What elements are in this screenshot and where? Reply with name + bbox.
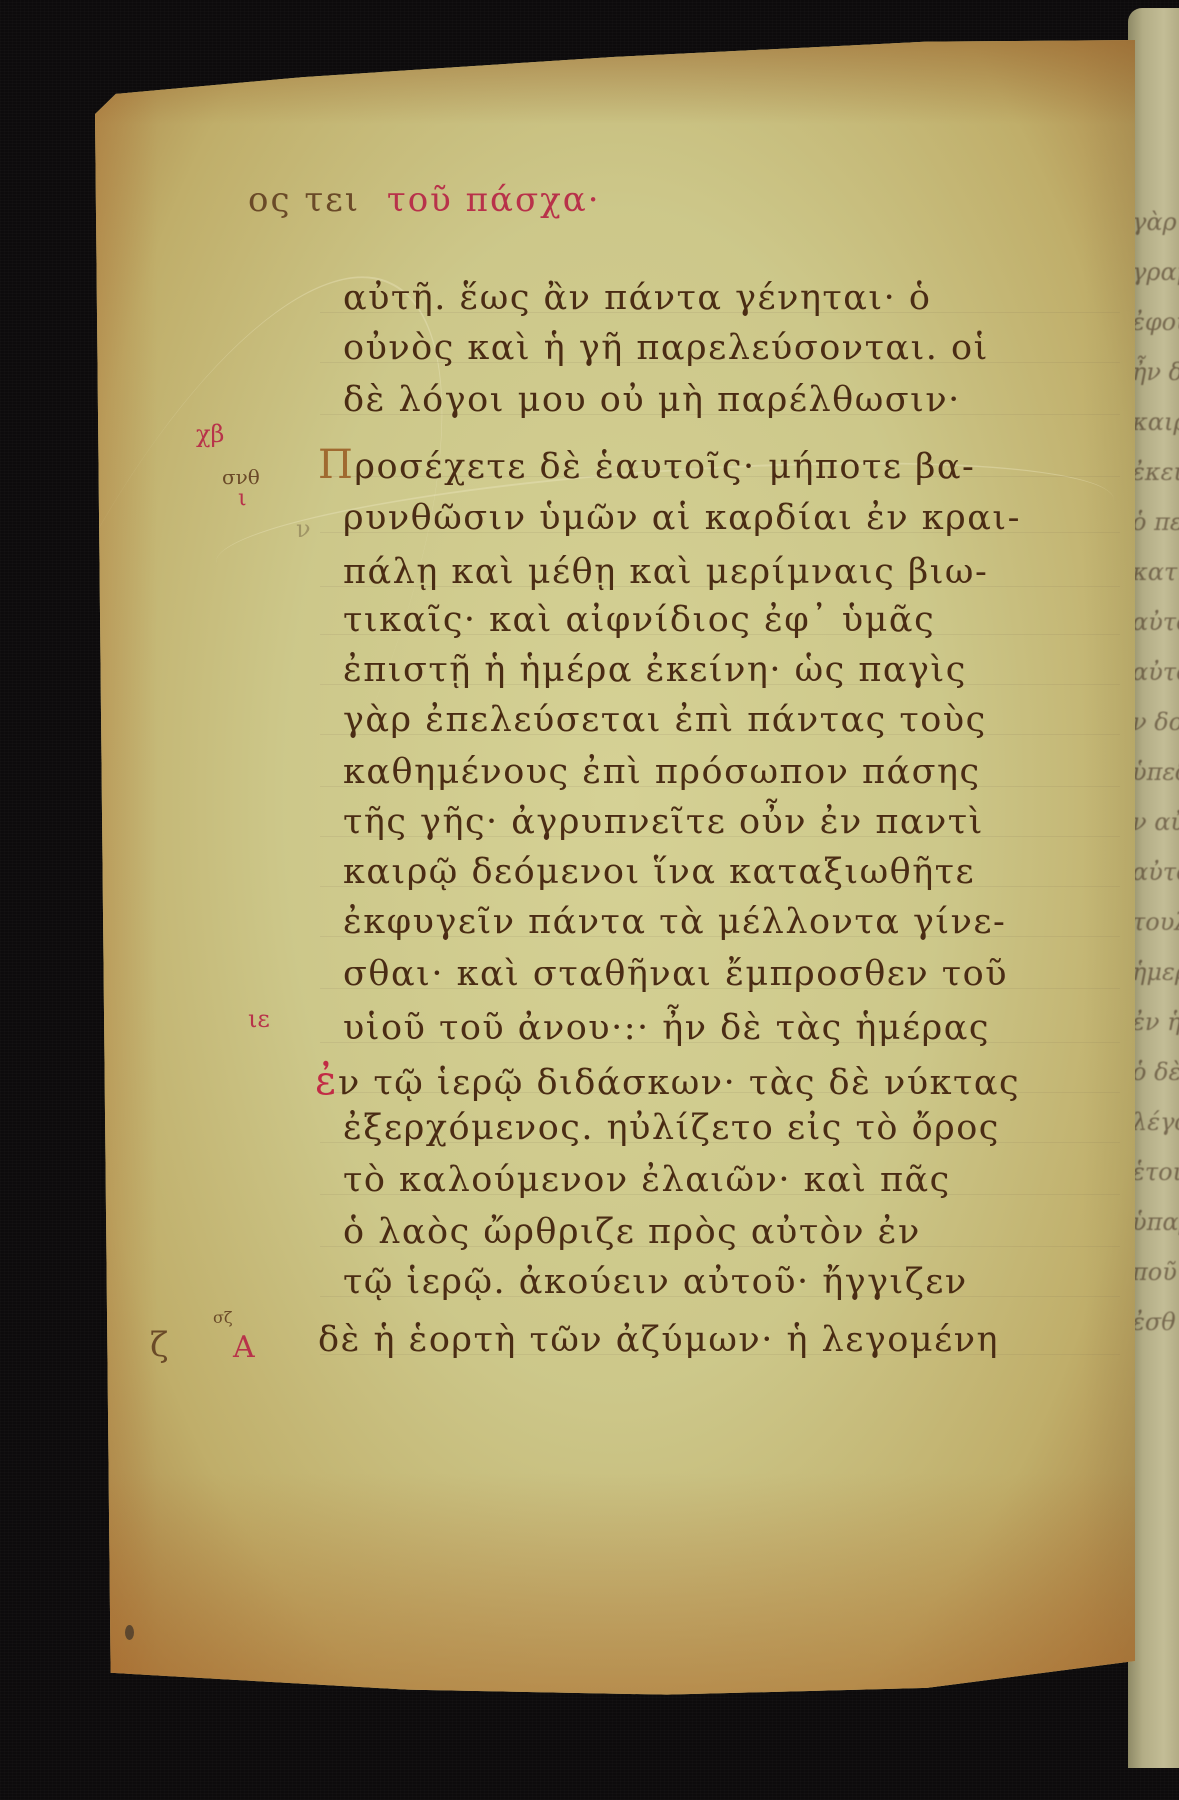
- initial-letter: Π: [318, 442, 354, 488]
- facing-page-edge: γὰρ καὶγραμμαἐφουἦν δὲκαιρουἐκεινουὁ πελ…: [1128, 8, 1179, 1768]
- manuscript-line: υἱοῦ τοῦ ἀνου·:· ἦν δὲ τὰς ἡμέρας: [343, 1008, 990, 1048]
- facing-page-text-fragment: τουλαχ: [1132, 908, 1179, 936]
- facing-page-text-fragment: ὁ πελθ: [1132, 508, 1179, 536]
- facing-page-text-fragment: ν δουν: [1132, 708, 1179, 736]
- manuscript-line: καθημένους ἐπὶ πρόσωπον πάσης: [343, 752, 981, 792]
- margin-note-chapter: χβ: [196, 422, 216, 446]
- facing-page-text-fragment: ὑπεδεχ: [1132, 758, 1179, 786]
- facing-page-text-fragment: γὰρ καὶ: [1132, 208, 1179, 236]
- facing-page-text-fragment: ἐν ἡ: [1132, 1008, 1179, 1036]
- ink-spot: [125, 1625, 134, 1640]
- manuscript-line: καιρῷ δεόμενοι ἵνα καταξιωθῆτε: [343, 852, 975, 892]
- margin-note-canon: ι: [238, 486, 247, 511]
- margin-note-section-small: σζ: [213, 1308, 233, 1327]
- facing-page-text-fragment: καιρου: [1132, 408, 1179, 436]
- manuscript-line: ἐξερχόμενος. ηὐλίζετο εἰς τὸ ὄρος: [343, 1108, 1000, 1148]
- manuscript-line: τῷ ἱερῷ. ἀκούειν αὐτοῦ· ἤγγιζεν: [343, 1262, 968, 1302]
- facing-page-text-fragment: ὁ δὲ: [1132, 1058, 1179, 1086]
- margin-note-faint: ν: [296, 515, 311, 543]
- facing-page-text-fragment: αὐτον κ: [1132, 658, 1179, 686]
- manuscript-line: Προσέχετε δὲ ἑαυτοῖς· μήποτε βα-: [318, 442, 975, 488]
- initial-letter: ἐ: [315, 1058, 338, 1104]
- manuscript-line: τικαῖς· καὶ αἰφνίδιος ἐφ᾽ ὑμᾶς: [343, 600, 935, 640]
- facing-page-text-fragment: ἐκεινου: [1132, 458, 1179, 486]
- facing-page-text-fragment: ἡμερα: [1132, 958, 1179, 986]
- manuscript-line: πάλῃ καὶ μέθῃ καὶ μερίμναις βιω-: [343, 552, 988, 592]
- manuscript-line: ὁ λαὸς ὤρθριζε πρὸς αὐτὸν ἐν: [343, 1212, 921, 1252]
- facing-page-text-fragment: κατηγορ: [1132, 558, 1179, 586]
- manuscript-line: γὰρ ἐπελεύσεται ἐπὶ πάντας τοὺς: [343, 700, 987, 740]
- facing-page-text-fragment: ν αὐτον: [1132, 808, 1179, 836]
- margin-note-zeta: ζ: [150, 1325, 168, 1365]
- manuscript-line: τῆς γῆς· ἀγρυπνεῖτε οὖν ἐν παντὶ: [343, 802, 984, 842]
- manuscript-line: σθαι· καὶ σταθῆναι ἔμπροσθεν τοῦ: [343, 954, 1008, 994]
- facing-page-text-fragment: ποῦ: [1132, 1258, 1177, 1286]
- facing-page-text-fragment: ἐσθ: [1132, 1308, 1176, 1336]
- manuscript-line: ρυνθῶσιν ὑμῶν αἱ καρδίαι ἐν κραι-: [343, 498, 1021, 538]
- manuscript-line: δὲ λόγοι μου οὐ μὴ παρέλθωσιν·: [343, 380, 961, 420]
- manuscript-line: δὲ ἡ ἑορτὴ τῶν ἀζύμων· ἡ λεγομένη: [318, 1320, 999, 1360]
- margin-note-alpha: Α: [233, 1330, 255, 1365]
- facing-page-text-fragment: ἑτοιμα: [1132, 1158, 1179, 1186]
- manuscript-line: τὸ καλούμενον ἐλαιῶν· καὶ πᾶς: [343, 1160, 951, 1200]
- facing-page-text-fragment: ὑπαρ: [1132, 1208, 1179, 1236]
- header-lection-number: ος τει: [248, 180, 360, 220]
- manuscript-line: ἐν τῷ ἱερῷ διδάσκων· τὰς δὲ νύκτας: [315, 1058, 1020, 1104]
- manuscript-line: ἐκφυγεῖν πάντα τὰ μέλλοντα γίνε-: [343, 902, 1006, 942]
- manuscript-line: ἐπιστῇ ἡ ἡμέρα ἐκείνη· ὡς παγὶς: [343, 650, 967, 690]
- header-rubric-title: τοῦ πάσχα·: [387, 180, 601, 220]
- margin-note-section-15: ιε: [248, 1005, 270, 1033]
- facing-page-text-fragment: αὐτον ἐ: [1132, 858, 1179, 886]
- facing-page-text-fragment: γραμμα: [1132, 258, 1179, 286]
- manuscript-line: οὐνὸς καὶ ἡ γῆ παρελεύσονται. οἱ: [343, 328, 989, 368]
- manuscript-line: αὐτῆ. ἕως ἂν πάντα γένηται· ὁ: [343, 278, 931, 318]
- facing-page-text-fragment: ἐφου: [1132, 308, 1179, 336]
- facing-page-text-fragment: λέγων: [1132, 1108, 1179, 1136]
- rubric-header: ος τει τοῦ πάσχα·: [248, 180, 601, 220]
- facing-page-text-fragment: ἦν δὲ: [1132, 358, 1179, 386]
- facing-page-text-fragment: αὐτον τ: [1132, 608, 1179, 636]
